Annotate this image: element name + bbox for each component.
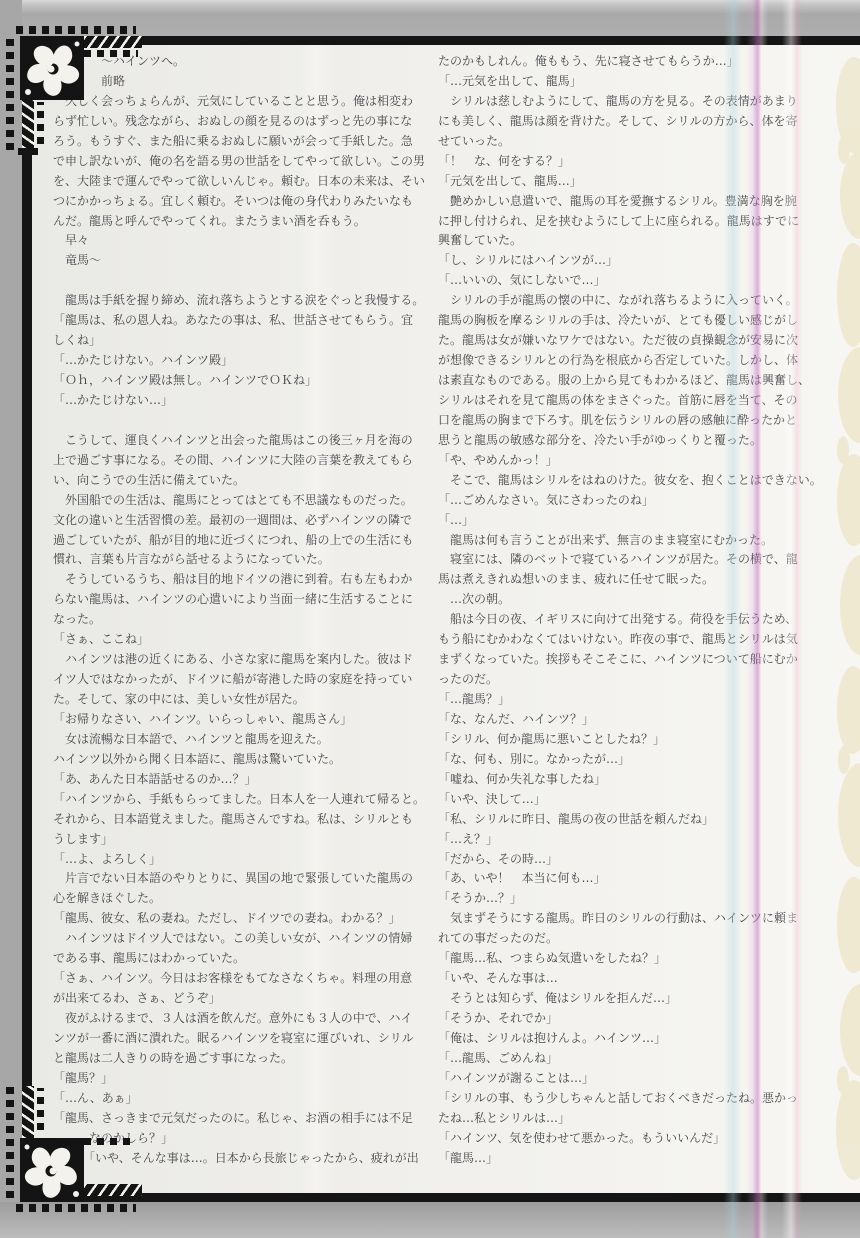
text-line: 「ハインツが謝ることは…」 <box>438 1069 810 1089</box>
text-line: 思うと龍馬の敏感な部分を、冷たい手がゆっくりと覆った。 <box>438 431 810 451</box>
text-line: 「な、なんだ、ハインツ？」 <box>438 710 810 730</box>
text-line: 「龍馬…私、つまらぬ気遣いをしたね？」 <box>438 949 810 969</box>
text-line <box>53 271 425 291</box>
text-line: である事、龍馬にはわかっていた。 <box>53 949 425 969</box>
flower-icon <box>20 1138 84 1202</box>
text-line: そうしているうち、船は目的地ドイツの港に到着。右も左もわか <box>53 570 425 590</box>
ornament-checker-strip <box>37 1088 44 1130</box>
text-line: 「さぁ、ここね」 <box>53 630 425 650</box>
text-line: 「や、やめんかっ！」 <box>438 451 810 471</box>
text-line: 「元気を出して、龍馬…」 <box>438 172 810 192</box>
ornament-checker-strip <box>18 148 42 155</box>
text-line: にも美しく、龍馬は顔を背けた。そして、シリルの方から、体を寄 <box>438 112 810 132</box>
text-line: 「そうか…？」 <box>438 889 810 909</box>
text-line: 片言でない日本語のやりとりに、異国の地で緊張していた龍馬の <box>53 869 425 889</box>
ornament-hatch-strip <box>22 1086 34 1138</box>
text-line: ハインツはドイツ人ではない。この美しい女が、ハインツの情婦 <box>53 929 425 949</box>
text-line: まずくなっていた。挨拶もそこそこに、ハインツについて船にむか <box>438 650 810 670</box>
text-line: ハインツは港の近くにある、小さな家に龍馬を案内した。彼はド <box>53 650 425 670</box>
text-line: もう船にむかわなくてはいけない。昨夜の事で、龍馬とシリルは気 <box>438 630 810 650</box>
text-line: シリルの手が龍馬の懐の中に、ながれ落ちるように入っていく。 <box>438 291 810 311</box>
text-line: 「お帰りなさい、ハインツ。いらっしゃい、龍馬さん」 <box>53 710 425 730</box>
scanned-doujin-page: { "document": { "kind": "scanned novel p… <box>0 0 860 1238</box>
text-line: シリルはそれを見て龍馬の体をまさぐった。首筋に唇を当て、その <box>438 391 810 411</box>
text-line: と龍馬は二人きりの時を過ごす事になった。 <box>53 1049 425 1069</box>
text-line: 「シリルの事、もう少しちゃんと話しておくべきだったね。悪かっ <box>438 1089 810 1109</box>
scanner-background-left <box>0 0 22 1238</box>
text-line: んだ。龍馬と呼んでやってくれ。またうまい酒を呑もう。 <box>53 212 425 232</box>
text-line: が想像できるシリルとの行為を根底から否定していた。しかし、体 <box>438 351 810 371</box>
text-line: 「だから、その時…」 <box>438 850 810 870</box>
text-line: そこで、龍馬はシリルをはねのけた。彼女を、抱くことはできない。 <box>438 471 810 491</box>
text-line: 夜がふけるまで、３人は酒を飲んだ。意外にも３人の中で、ハイ <box>53 1009 425 1029</box>
flower-ornament <box>20 1138 84 1202</box>
text-line: 「な、何も、別に。なかったが…」 <box>438 750 810 770</box>
text-line: た。そして、家の中には、美しい女性が居た。 <box>53 690 425 710</box>
text-line: ンツが一番に酒に潰れた。眠るハインツを寝室に運びいれ、シリル <box>53 1029 425 1049</box>
page: 〜ハインツへ。 前略 久しく会っちょらんが、元気にしていることと思う。俺は相変わ… <box>22 36 860 1202</box>
text-line: 「…龍馬？」 <box>438 690 810 710</box>
text-line: たね…私とシリルは…」 <box>438 1109 810 1129</box>
text-line: 船は今日の夜、イギリスに向けて出発する。荷役を手伝うため、 <box>438 610 810 630</box>
text-line: それから、日本語覚えました。龍馬さんですね。私は、シリルとも <box>53 810 425 830</box>
text-line: 艶めかしい息遣いで、龍馬の耳を愛撫するシリル。豊満な胸を腕 <box>438 192 810 212</box>
text-line: 「し、シリルにはハインツが…」 <box>438 251 810 271</box>
lace-edge-decoration <box>820 45 860 1193</box>
text-line: 龍馬は手紙を握り締め、流れ落ちようとする涙をぐっと我慢する。 <box>53 291 425 311</box>
text-line: 「…かたじけない。ハインツ殿」 <box>53 351 425 371</box>
text-line: 上で過ごす事になる。その間、ハインツに大陸の言葉を教えてもら <box>53 451 425 471</box>
text-line: そうとは知らず、俺はシリルを拒んだ…」 <box>438 989 810 1009</box>
flower-ornament <box>20 36 84 100</box>
text-line: 「そうか、それでか」 <box>438 1009 810 1029</box>
text-line: 口を龍馬の胸まで下ろす。肌を伝うシリルの唇の感触に酔ったかと <box>438 411 810 431</box>
text-line: 「俺は、シリルは抱けんよ。ハインツ…」 <box>438 1029 810 1049</box>
ornament-hatch-strip <box>84 1184 142 1196</box>
text-line: 「Ｏｈ，ハインツ殿は無し。ハインツでＯＫね」 <box>53 371 425 391</box>
corner-ornament-top-left <box>4 22 144 178</box>
text-line: 「嘘ね、何か失礼な事したね」 <box>438 770 810 790</box>
text-line: 「私、シリルに昨日、龍馬の夜の世話を頼んだね」 <box>438 810 810 830</box>
ornament-checker-strip <box>16 26 136 34</box>
text-line: 「龍馬…」 <box>438 1149 810 1169</box>
text-line: 寝室には、隣のベットで寝ているハインツが居た。その横で、龍 <box>438 550 810 570</box>
text-line: 慣れ、言葉も片言ながら話せるようになっていた。 <box>53 550 425 570</box>
text-line: 「…ごめんなさい。気にさわったのね」 <box>438 491 810 511</box>
text-line <box>53 411 425 431</box>
text-line: 「…いいの、気にしないで…」 <box>438 271 810 291</box>
text-line: こうして、運良くハインツと出会った龍馬はこの後三ヶ月を海の <box>53 431 425 451</box>
text-line: 心を解きほぐした。 <box>53 889 425 909</box>
text-line: つにかかっちょる。宜しく頼む。そいつは俺の身代わりみたいなも <box>53 192 425 212</box>
text-line: 「シリル、何か龍馬に悪いことしたね？」 <box>438 730 810 750</box>
text-line: た。龍馬は女が嫌いなワケではない。ただ彼の貞操観念が安易に次 <box>438 331 810 351</box>
text-line: 龍馬は何も言うことが出来ず、無言のまま寝室にむかった。 <box>438 531 810 551</box>
ornament-checker-strip <box>16 1204 136 1212</box>
ornament-checker-strip <box>37 102 44 144</box>
text-line: 気まずそうにする龍馬。昨日のシリルの行動は、ハインツに頼ま <box>438 909 810 929</box>
left-text-column: 〜ハインツへ。 前略 久しく会っちょらんが、元気にしていることと思う。俺は相変わ… <box>53 52 425 1169</box>
text-line: れての事だったのだ。 <box>438 929 810 949</box>
text-line: たのかもしれん。俺ももう、先に寝させてもらうか…」 <box>438 52 810 72</box>
text-line: は素直なものである。服の上から見てもわかるほど、龍馬は興奮し、 <box>438 371 810 391</box>
text-line: が出来てるわ、さぁ、どうぞ」 <box>53 989 425 1009</box>
corner-ornament-bottom-left <box>4 1080 144 1216</box>
text-line: 龍馬の胸板を摩るシリルの手は、冷たいが、とても優しい感じがし <box>438 311 810 331</box>
text-line: せていった。 <box>438 132 810 152</box>
text-line: 「ハインツから、手紙もらってました。日本人を一人連れて帰ると。 <box>53 790 425 810</box>
ornament-checker-strip <box>6 1082 14 1198</box>
text-line: ハインツ以外から聞く日本語に、龍馬は驚いていた。 <box>53 750 425 770</box>
text-line: らない龍馬は、ハインツの心遣いにより当面一緒に生活することに <box>53 590 425 610</box>
text-line: 馬は煮えきれぬ想いのまま、疲れに任せて眠った。 <box>438 570 810 590</box>
ornament-checker-strip <box>84 1138 136 1145</box>
text-line: 過ごしていたが、船が目的地に近づくにつれ、船の上での生活にも <box>53 531 425 551</box>
text-line: 「龍馬は、私の恩人ね。あなたの事は、私、世話させてもらう。宜 <box>53 311 425 331</box>
flower-icon <box>20 36 84 100</box>
text-line: しくね」 <box>53 331 425 351</box>
text-line: うします」 <box>53 830 425 850</box>
ornament-checker-strip <box>6 36 14 150</box>
text-line: 「いや、決して…」 <box>438 790 810 810</box>
ornament-hatch-strip <box>22 100 34 148</box>
right-text-column: たのかもしれん。俺ももう、先に寝させてもらうか…」「…元気を出して、龍馬」 シリ… <box>438 52 810 1169</box>
text-line: 「…かたじけない…」 <box>53 391 425 411</box>
text-line: 「いや、そんな事は… <box>438 969 810 989</box>
text-line: 「…」 <box>438 511 810 531</box>
text-line: 竜馬〜 <box>53 251 425 271</box>
text-line: 「…よ、よろしく」 <box>53 850 425 870</box>
ornament-hatch-strip <box>84 36 142 48</box>
text-line: …次の朝。 <box>438 590 810 610</box>
text-line: 「…元気を出して、龍馬」 <box>438 72 810 92</box>
text-line: ったのだ。 <box>438 670 810 690</box>
text-line: 「ハインツ、気を使わせて悪かった。もういいんだ」 <box>438 1129 810 1149</box>
text-line: 「あ、いや！ 本当に何も…」 <box>438 869 810 889</box>
text-line: 「…え？」 <box>438 830 810 850</box>
text-line: シリルは慈しむようにして、龍馬の方を見る。その表情があまり <box>438 92 810 112</box>
text-line: 「！ な、何をする？」 <box>438 152 810 172</box>
text-line: 女は流暢な日本語で、ハインツと龍馬を迎えた。 <box>53 730 425 750</box>
text-line: イツ人ではなかったが、ドイツに船が寄港した時の家庭を持ってい <box>53 670 425 690</box>
text-line: 「あ、あんた日本語話せるのか…？」 <box>53 770 425 790</box>
text-line: 外国船での生活は、龍馬にとってはとても不思議なものだった。 <box>53 491 425 511</box>
text-line: なった。 <box>53 610 425 630</box>
text-line: 「…龍馬、ごめんね」 <box>438 1049 810 1069</box>
text-line: い、向こうでの生活に備えていた。 <box>53 471 425 491</box>
text-line: 文化の違いと生活習慣の差。最初の一週間は、必ずハインツの隣で <box>53 511 425 531</box>
text-line: 「さぁ、ハインツ。今日はお客様をもてなさなくちゃ。料理の用意 <box>53 969 425 989</box>
text-line: 「龍馬、彼女、私の妻ね。ただし、ドイツでの妻ね。わかる？」 <box>53 909 425 929</box>
text-line: 早々 <box>53 231 425 251</box>
text-line: 興奮していた。 <box>438 231 810 251</box>
ornament-checker-strip <box>84 50 138 57</box>
text-line: に押し付けられ、足を挟むようにして上に座られる。龍馬はすでに <box>438 212 810 232</box>
